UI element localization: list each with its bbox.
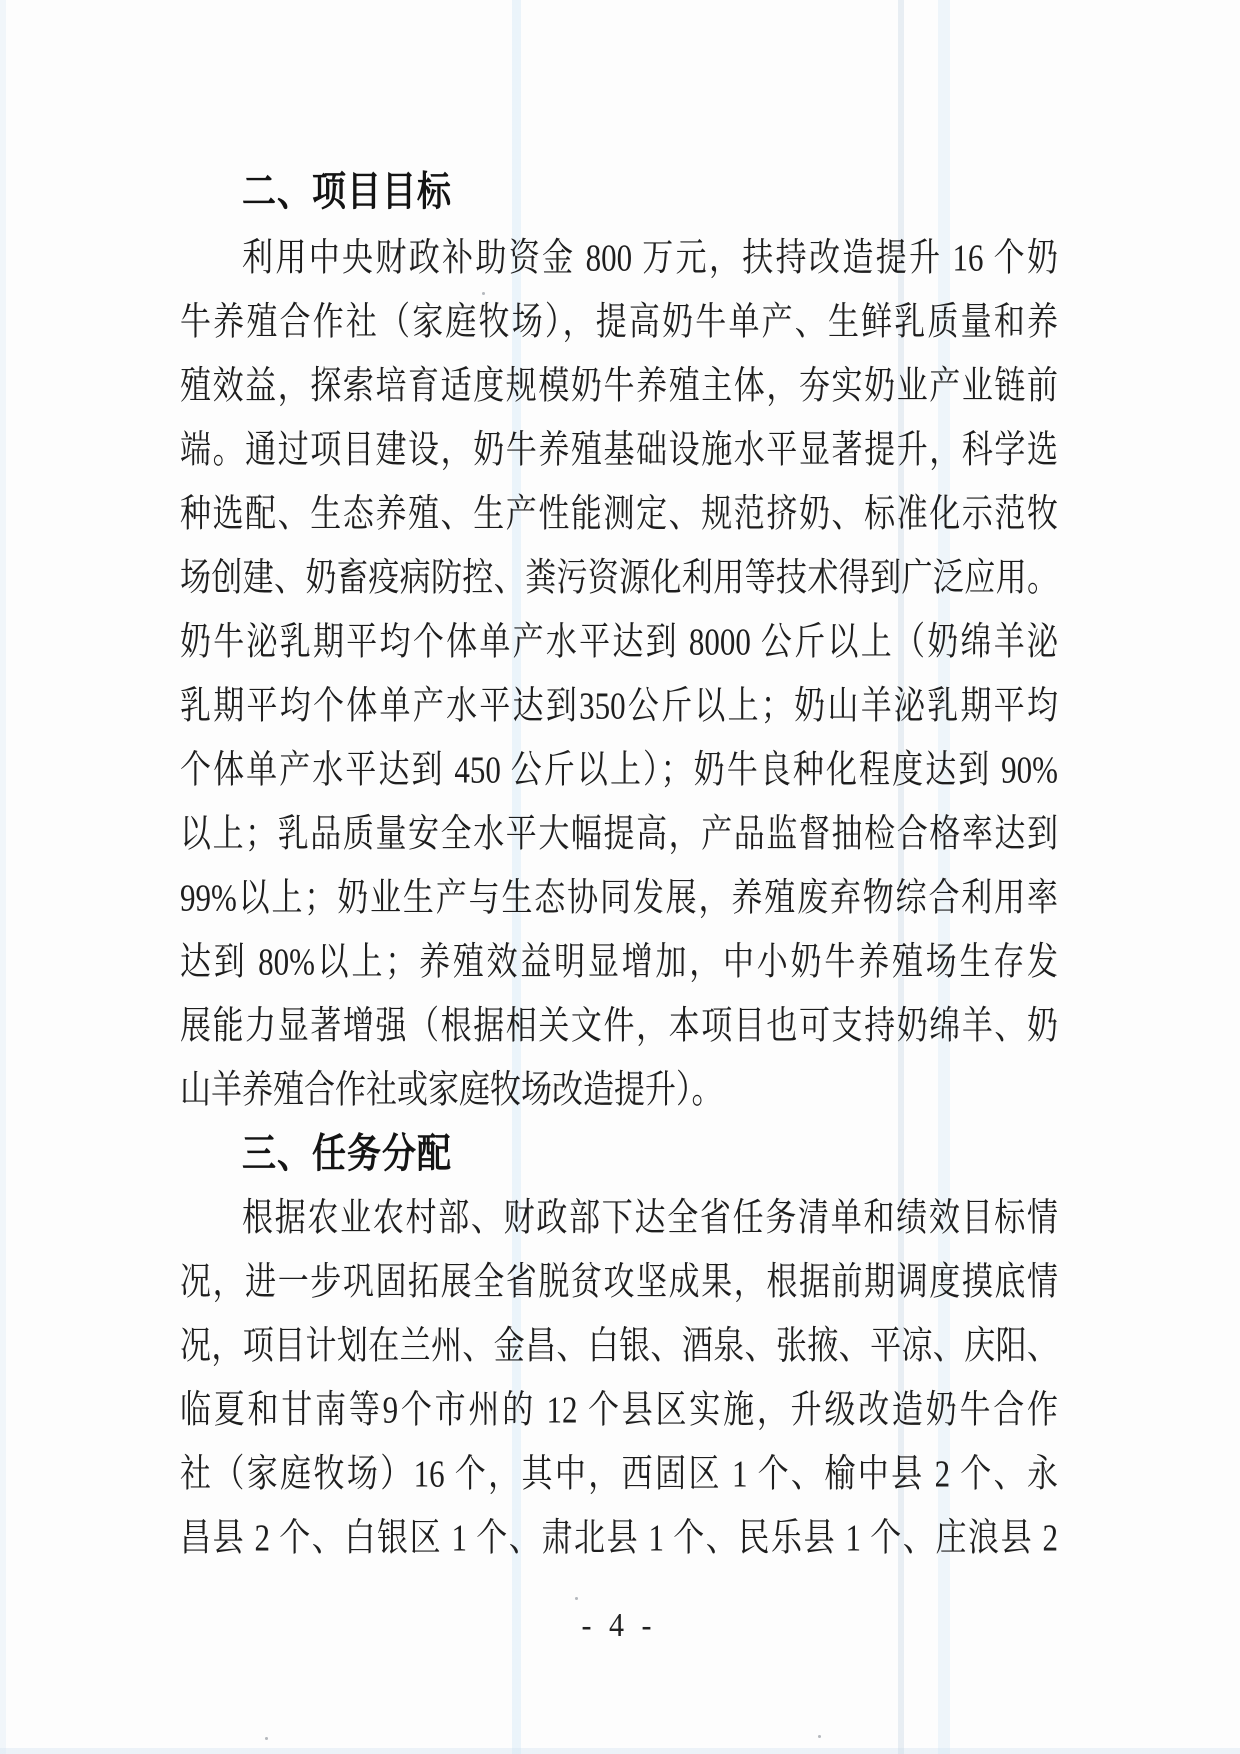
text-line-content: 昌县 2 个、白银区 1 个、肃北县 1 个、民乐县 1 个、庄浪县 2 <box>180 1498 1058 1577</box>
text-line: 根据农业农村部、财政部下达全省任务清单和绩效目标情 <box>180 1186 1058 1250</box>
text-line: 以上；乳品质量安全水平大幅提高，产品监督抽检合格率达到 <box>180 802 1058 866</box>
text-line: 达到 80%以上；养殖效益明显增加，中小奶牛养殖场生存发 <box>180 930 1058 994</box>
paragraph: 根据农业农村部、财政部下达全省任务清单和绩效目标情况，进一步巩固拓展全省脱贫攻坚… <box>180 1186 1058 1570</box>
section-heading-text: 二、项目目标 <box>242 161 1058 222</box>
text-line: 牛养殖合作社（家庭牧场），提高奶牛单产、生鲜乳质量和养 <box>180 290 1058 354</box>
text-line: 端。通过项目建设，奶牛养殖基础设施水平显著提升，科学选 <box>180 418 1058 482</box>
text-line: 况，进一步巩固拓展全省脱贫攻坚成果，根据前期调度摸底情 <box>180 1250 1058 1314</box>
page-footer: - 4 - <box>180 1602 1058 1650</box>
text-line: 乳期平均个体单产水平达到350公斤以上；奶山羊泌乳期平均 <box>180 674 1058 738</box>
text-line: 山羊养殖合作社或家庭牧场改造提升）。 <box>180 1058 1058 1122</box>
section-heading: 二、项目目标 <box>180 166 1058 218</box>
section-task-allocation: 三、任务分配 根据农业农村部、财政部下达全省任务清单和绩效目标情况，进一步巩固拓… <box>180 1128 1058 1570</box>
section-heading: 三、任务分配 <box>180 1128 1058 1180</box>
section-heading-text: 三、任务分配 <box>242 1123 1058 1184</box>
text-line: 奶牛泌乳期平均个体单产水平达到 8000 公斤以上（奶绵羊泌 <box>180 610 1058 674</box>
document-page: 二、项目目标 利用中央财政补助资金 800 万元，扶持改造提升 16 个奶牛养殖… <box>180 0 1058 1650</box>
text-line: 99%以上；奶业生产与生态协同发展，养殖废弃物综合利用率 <box>180 866 1058 930</box>
text-line: 展能力显著增强（根据相关文件，本项目也可支持奶绵羊、奶 <box>180 994 1058 1058</box>
section-project-goals: 二、项目目标 利用中央财政补助资金 800 万元，扶持改造提升 16 个奶牛养殖… <box>180 166 1058 1122</box>
text-line-content: 山羊养殖合作社或家庭牧场改造提升）。 <box>180 1050 1058 1129</box>
page-number: - 4 - <box>582 1599 657 1653</box>
text-line: 社（家庭牧场）16 个，其中，西固区 1 个、榆中县 2 个、永 <box>180 1442 1058 1506</box>
scan-speck <box>818 1735 821 1738</box>
text-line: 场创建、奶畜疫病防控、粪污资源化利用等技术得到广泛应用。 <box>180 546 1058 610</box>
text-line: 利用中央财政补助资金 800 万元，扶持改造提升 16 个奶 <box>180 226 1058 290</box>
text-line: 况，项目计划在兰州、金昌、白银、酒泉、张掖、平凉、庆阳、 <box>180 1314 1058 1378</box>
text-line: 个体单产水平达到 450 公斤以上）；奶牛良种化程度达到 90% <box>180 738 1058 802</box>
text-line: 临夏和甘南等9个市州的 12 个县区实施，升级改造奶牛合作 <box>180 1378 1058 1442</box>
paragraph: 利用中央财政补助资金 800 万元，扶持改造提升 16 个奶牛养殖合作社（家庭牧… <box>180 226 1058 1122</box>
text-line: 昌县 2 个、白银区 1 个、肃北县 1 个、民乐县 1 个、庄浪县 2 <box>180 1506 1058 1570</box>
text-line: 种选配、生态养殖、生产性能测定、规范挤奶、标准化示范牧 <box>180 482 1058 546</box>
text-line: 殖效益，探索培育适度规模奶牛养殖主体，夯实奶业产业链前 <box>180 354 1058 418</box>
scan-speck <box>265 1737 268 1740</box>
